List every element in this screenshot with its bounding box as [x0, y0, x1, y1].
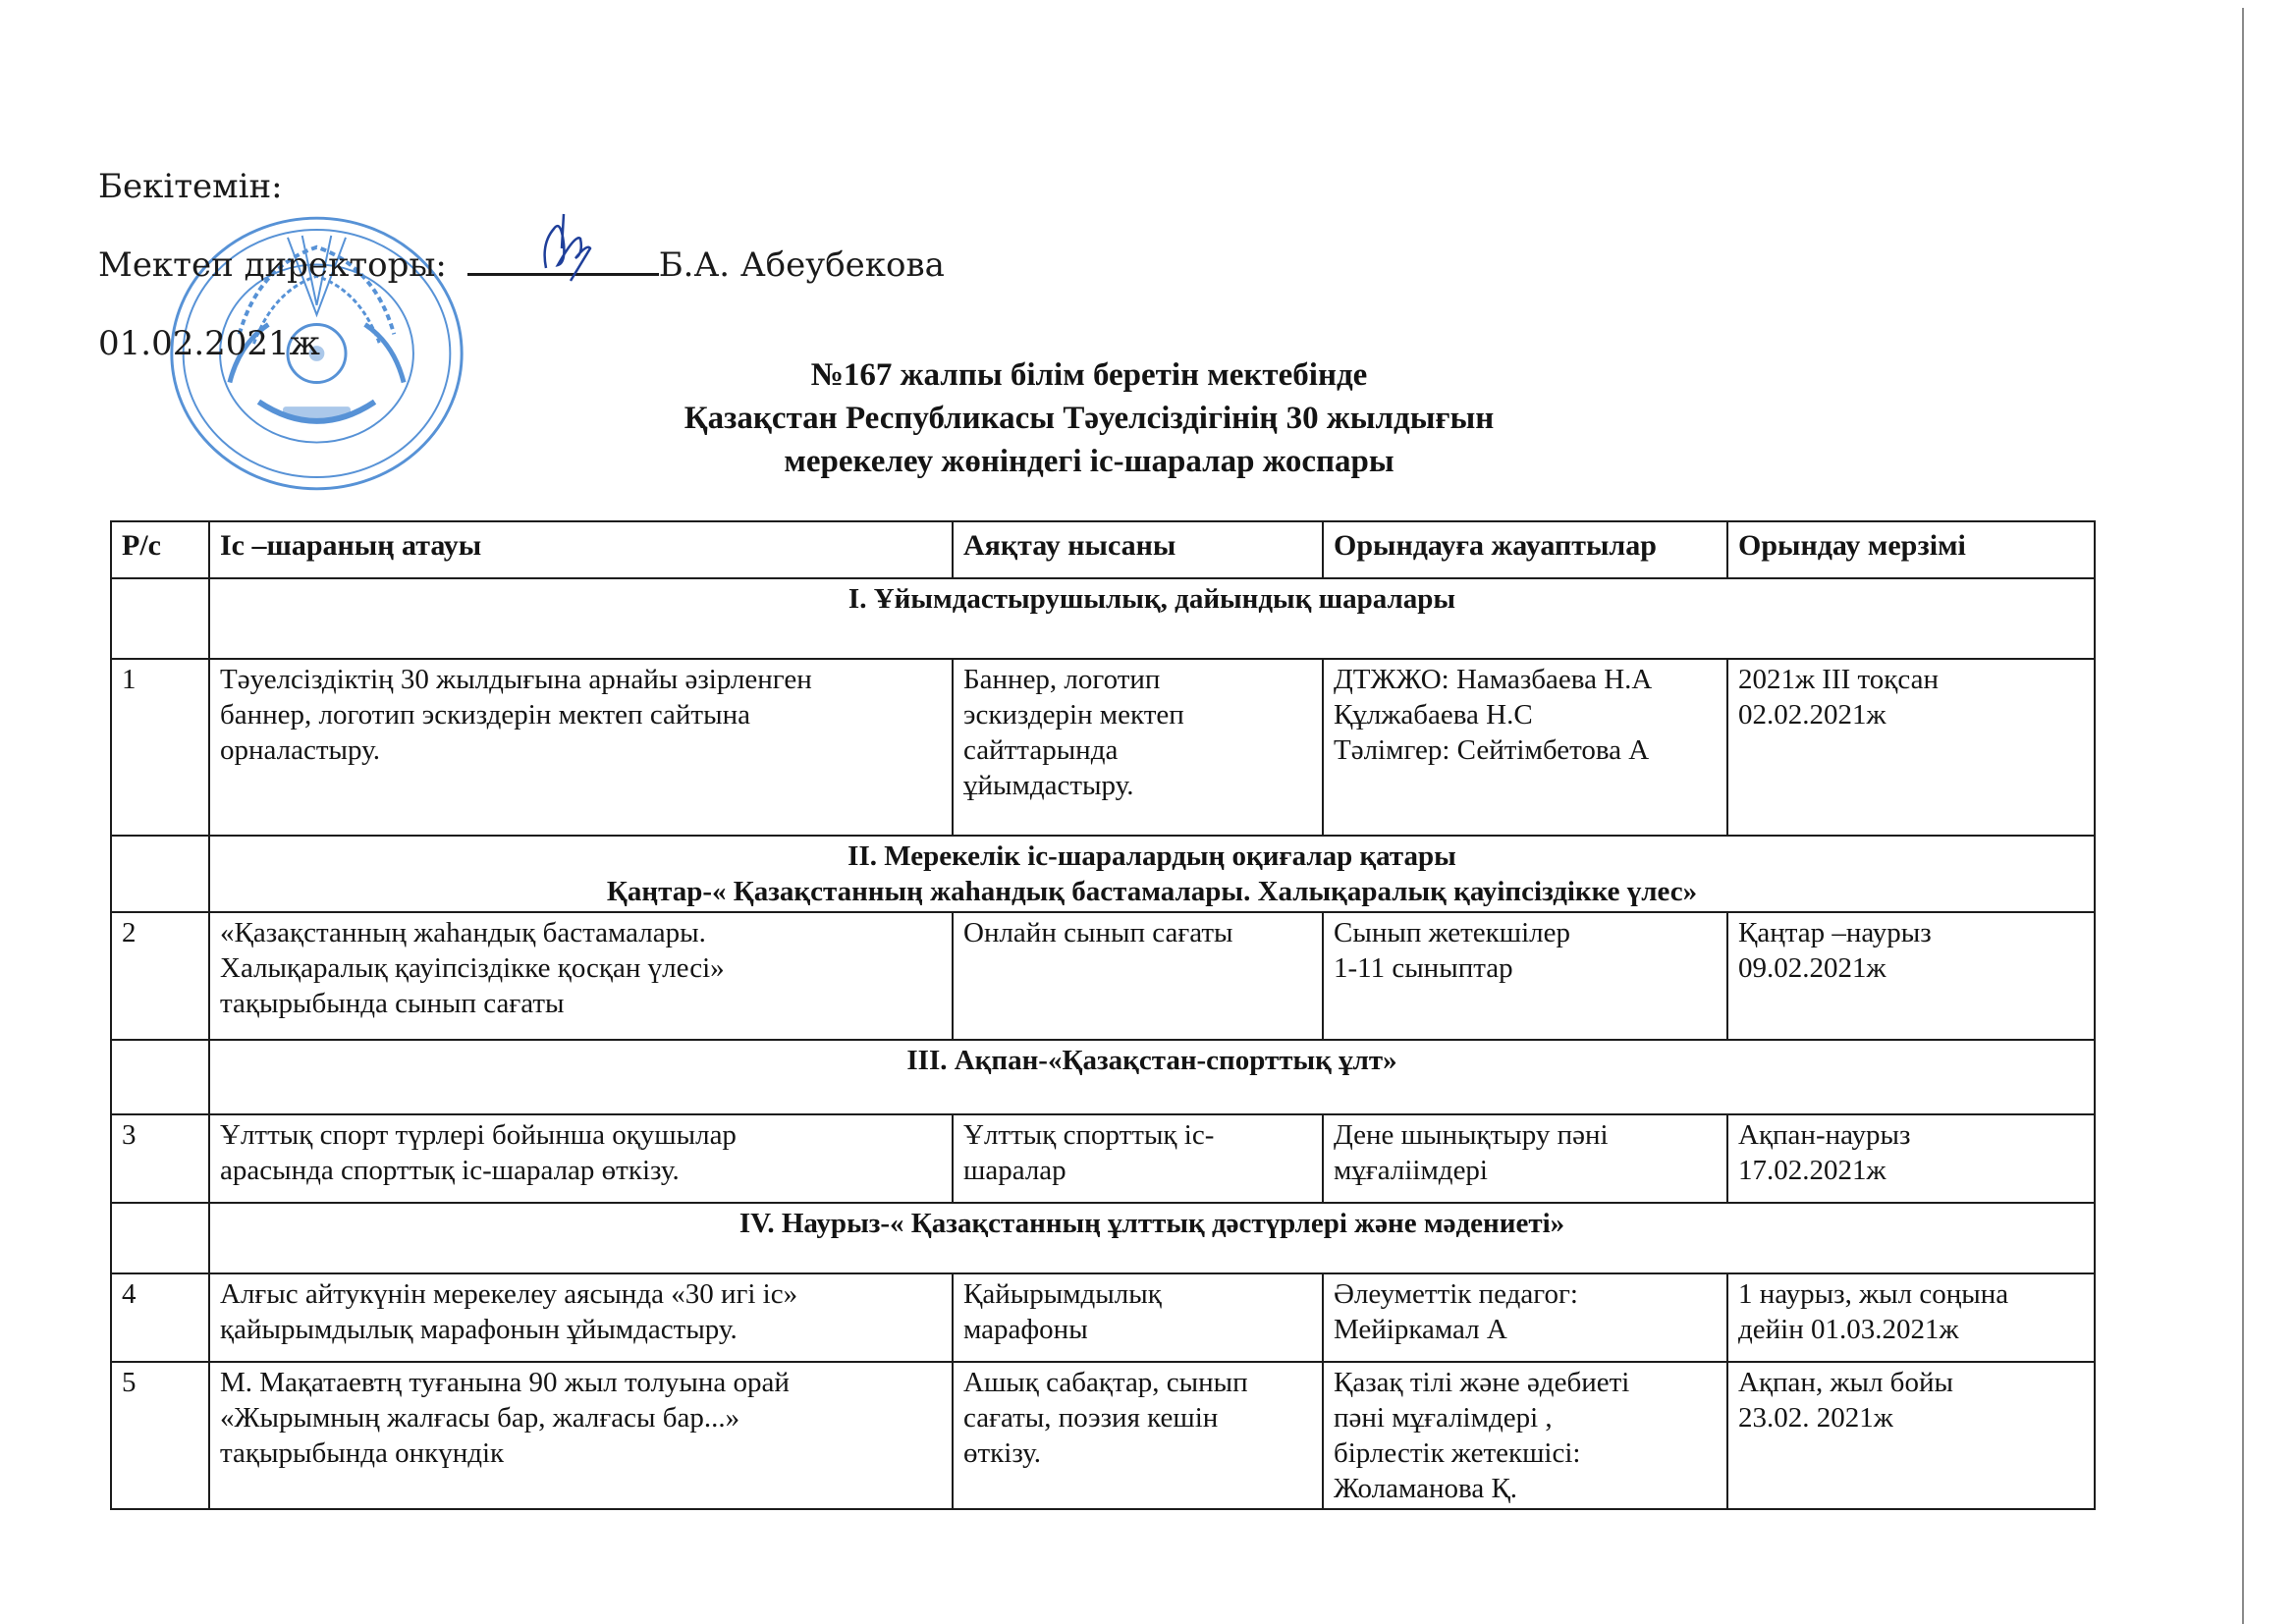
row-event-name: Ұлттық спорт түрлері бойынша оқушылар ар…: [209, 1114, 953, 1203]
events-plan-table: Р/с Іс –шараның атауы Аяқтау нысаны Орын…: [110, 520, 2096, 1510]
signature-icon: [536, 204, 595, 283]
table-row: 1 Тәуелсіздіктің 30 жылдығына арнайы әзі…: [111, 659, 2095, 836]
row-deadline: Ақпан-наурыз 17.02.2021ж: [1727, 1114, 2095, 1203]
section-row: І. Ұйымдастырушылық, дайындық шаралары: [111, 578, 2095, 659]
row-no: 2: [111, 912, 209, 1040]
section-row: ІІІ. Ақпан-«Қазақстан-спорттық ұлт»: [111, 1040, 2095, 1114]
section-title: ІІІ. Ақпан-«Қазақстан-спорттық ұлт»: [209, 1040, 2095, 1114]
table-row: 4 Алғыс айтукүнін мерекелеу аясында «30 …: [111, 1273, 2095, 1362]
director-name: Б.А. Абеубекова: [659, 245, 945, 285]
header-no: Р/с: [111, 521, 209, 578]
document-title: №167 жалпы білім беретін мектебінде Қаза…: [0, 353, 2296, 483]
row-deadline: 1 наурыз, жыл соңына дейін 01.03.2021ж: [1727, 1273, 2095, 1362]
row-responsible: Қазақ тілі және әдебиеті пәні мұғалімдер…: [1323, 1362, 1727, 1509]
row-responsible: ДТЖЖО: Намазбаева Н.А Құлжабаева Н.С Тәл…: [1323, 659, 1727, 836]
title-line-1: №167 жалпы білім беретін мектебінде: [0, 353, 2237, 397]
section-no-cell: [111, 1203, 209, 1273]
row-deadline: 2021ж ІІІ тоқсан 02.02.2021ж: [1727, 659, 2095, 836]
row-responsible: Дене шынықтыру пәні мұғаліімдері: [1323, 1114, 1727, 1203]
table-row: 3 Ұлттық спорт түрлері бойынша оқушылар …: [111, 1114, 2095, 1203]
director-label: Мектеп директоры:: [98, 245, 447, 285]
header-completion-form: Аяқтау нысаны: [953, 521, 1323, 578]
row-responsible: Сынып жетекшілер 1-11 сыныптар: [1323, 912, 1727, 1040]
row-event-name: Тәуелсіздіктің 30 жылдығына арнайы әзірл…: [209, 659, 953, 836]
row-completion-form: Ұлттық спорттық іс- шаралар: [953, 1114, 1323, 1203]
scan-edge-line: [2242, 8, 2244, 1624]
approved-label: Бекітемін:: [98, 147, 945, 226]
table-header-row: Р/с Іс –шараның атауы Аяқтау нысаны Орын…: [111, 521, 2095, 578]
section-subtitle: Қаңтар-« Қазақстанның жаһандық бастамала…: [220, 874, 2084, 909]
section-no-cell: [111, 836, 209, 912]
row-event-name: «Қазақстанның жаһандық бастамалары. Халы…: [209, 912, 953, 1040]
row-completion-form: Қайырымдылық марафоны: [953, 1273, 1323, 1362]
row-completion-form: Онлайн сынып сағаты: [953, 912, 1323, 1040]
row-no: 1: [111, 659, 209, 836]
header-event-name: Іс –шараның атауы: [209, 521, 953, 578]
row-event-name: Алғыс айтукүнін мерекелеу аясында «30 иг…: [209, 1273, 953, 1362]
row-no: 4: [111, 1273, 209, 1362]
row-no: 3: [111, 1114, 209, 1203]
row-no: 5: [111, 1362, 209, 1509]
table-row: 5 М. Мақатаевтң туғанына 90 жыл толуына …: [111, 1362, 2095, 1509]
title-line-2: Қазақстан Республикасы Тәуелсіздігінің 3…: [0, 397, 2237, 440]
row-deadline: Қаңтар –наурыз 09.02.2021ж: [1727, 912, 2095, 1040]
row-responsible: Әлеуметтік педагог: Мейіркамал А: [1323, 1273, 1727, 1362]
section-title: ІІ. Мерекелік іс-шаралардың оқиғалар қат…: [209, 836, 2095, 912]
row-completion-form: Баннер, логотип эскиздерін мектеп сайтта…: [953, 659, 1323, 836]
section-title-text: ІІ. Мерекелік іс-шаралардың оқиғалар қат…: [220, 839, 2084, 874]
approval-block: Бекітемін: Мектеп директоры: Б.А. Абеубе…: [98, 147, 945, 383]
section-title: І. Ұйымдастырушылық, дайындық шаралары: [209, 578, 2095, 659]
section-no-cell: [111, 578, 209, 659]
signature-line: [467, 244, 659, 276]
row-event-name: М. Мақатаевтң туғанына 90 жыл толуына ор…: [209, 1362, 953, 1509]
header-responsible: Орындауға жауаптылар: [1323, 521, 1727, 578]
row-deadline: Ақпан, жыл бойы 23.02. 2021ж: [1727, 1362, 2095, 1509]
row-completion-form: Ашық сабақтар, сынып сағаты, поэзия кеші…: [953, 1362, 1323, 1509]
director-line: Мектеп директоры: Б.А. Абеубекова: [98, 226, 945, 304]
section-no-cell: [111, 1040, 209, 1114]
header-deadline: Орындау мерзімі: [1727, 521, 2095, 578]
title-line-3: мерекелеу жөніндегі іс-шаралар жоспары: [0, 440, 2237, 483]
section-title: ІV. Наурыз-« Қазақстанның ұлттық дәстүрл…: [209, 1203, 2095, 1273]
section-row: ІІ. Мерекелік іс-шаралардың оқиғалар қат…: [111, 836, 2095, 912]
table-row: 2 «Қазақстанның жаһандық бастамалары. Ха…: [111, 912, 2095, 1040]
section-row: ІV. Наурыз-« Қазақстанның ұлттық дәстүрл…: [111, 1203, 2095, 1273]
